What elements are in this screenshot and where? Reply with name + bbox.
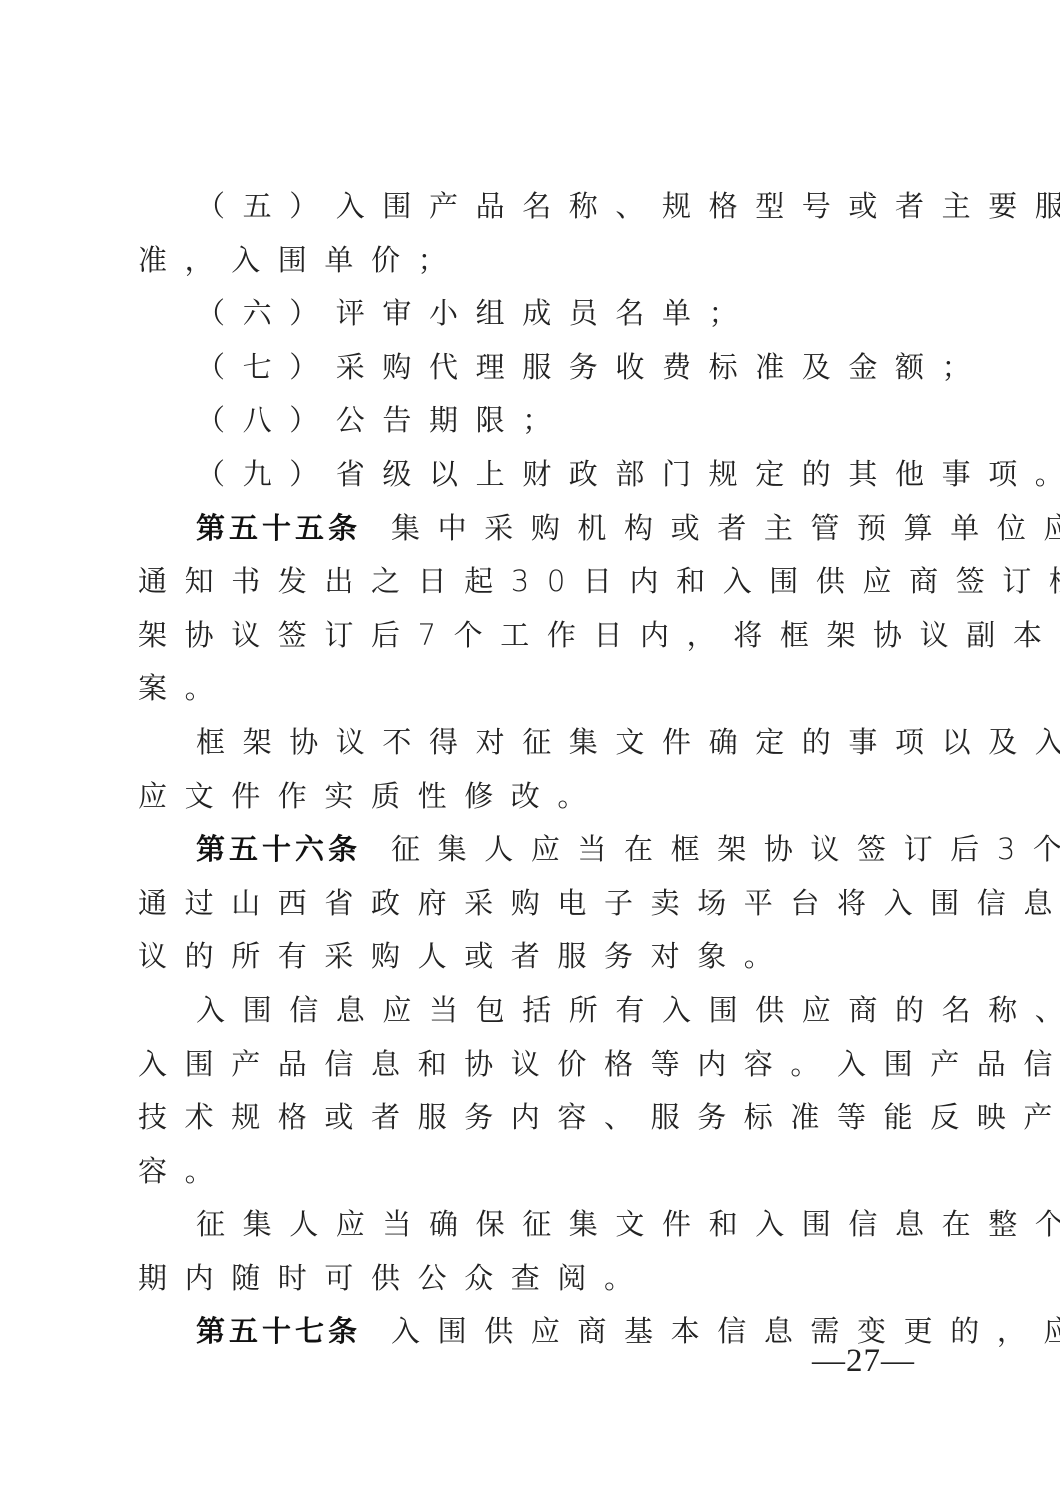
text-line: 议的所有采购人或者服务对象。 <box>138 930 926 984</box>
article-56-line: 第五十六条征集人应当在框架协议签订后3个工作日内 <box>138 823 926 877</box>
article-57-line: 第五十七条入围供应商基本信息需变更的，应当及时提出 <box>138 1305 926 1359</box>
article-heading: 第五十五条 <box>196 511 361 545</box>
text-line: （八）公告期限； <box>138 394 926 448</box>
page-number: —27— <box>812 1343 915 1380</box>
line-text: 通过山西省政府采购电子卖场平台将入围信息告知适用框架协 <box>138 886 1060 920</box>
article-55-line: 第五十五条集中采购机构或者主管预算单位应当在入围 <box>138 502 926 556</box>
document-page: （五）入围产品名称、规格型号或者主要服务内容及服务标 准，入围单价； （六）评审… <box>138 180 926 1359</box>
line-text: （六）评审小组成员名单； <box>196 296 755 330</box>
line-text: 集中采购机构或者主管预算单位应当在入围 <box>391 511 1060 545</box>
line-text: 容。 <box>138 1154 231 1188</box>
line-text: 通知书发出之日起30日内和入围供应商签订框架协议，并在框 <box>138 564 1060 598</box>
article-heading: 第五十六条 <box>196 832 361 866</box>
text-line: 架协议签订后7个工作日内，将框架协议副本报本级财政部门备 <box>138 609 926 663</box>
line-text: 架协议签订后7个工作日内，将框架协议副本报本级财政部门备 <box>138 618 1060 652</box>
text-line: （九）省级以上财政部门规定的其他事项。 <box>138 448 926 502</box>
line-text: （五）入围产品名称、规格型号或者主要服务内容及服务标 <box>196 189 1060 223</box>
line-text: 技术规格或者服务内容、服务标准等能反映产品质量特点的内 <box>138 1100 1060 1134</box>
line-text: （九）省级以上财政部门规定的其他事项。 <box>196 457 1060 491</box>
line-text: 案。 <box>138 671 231 705</box>
line-text: 议的所有采购人或者服务对象。 <box>138 939 790 973</box>
text-line: 通过山西省政府采购电子卖场平台将入围信息告知适用框架协 <box>138 877 926 931</box>
text-line: 案。 <box>138 662 926 716</box>
line-text: （七）采购代理服务收费标准及金额； <box>196 350 988 384</box>
text-line: 征集人应当确保征集文件和入围信息在整个框架协议有效 <box>138 1198 926 1252</box>
line-text: 入围产品信息和协议价格等内容。入围产品信息应当详细列明 <box>138 1047 1060 1081</box>
text-line: 入围信息应当包括所有入围供应商的名称、地址、联系方式、 <box>138 984 926 1038</box>
line-text: 入围供应商基本信息需变更的，应当及时提出 <box>391 1314 1060 1348</box>
text-line: 入围产品信息和协议价格等内容。入围产品信息应当详细列明 <box>138 1038 926 1092</box>
text-line: （五）入围产品名称、规格型号或者主要服务内容及服务标 <box>138 180 926 234</box>
line-text: 入围信息应当包括所有入围供应商的名称、地址、联系方式、 <box>196 993 1060 1027</box>
text-line: （七）采购代理服务收费标准及金额； <box>138 341 926 395</box>
text-line: 期内随时可供公众查阅。 <box>138 1252 926 1306</box>
text-line: 容。 <box>138 1145 926 1199</box>
article-heading: 第五十七条 <box>196 1314 361 1348</box>
text-line: 框架协议不得对征集文件确定的事项以及入围供应商的响 <box>138 716 926 770</box>
text-line: （六）评审小组成员名单； <box>138 287 926 341</box>
line-text: 征集人应当确保征集文件和入围信息在整个框架协议有效 <box>196 1207 1060 1241</box>
line-text: 应文件作实质性修改。 <box>138 779 604 813</box>
text-line: 应文件作实质性修改。 <box>138 770 926 824</box>
line-text: （八）公告期限； <box>196 403 569 437</box>
text-line: 技术规格或者服务内容、服务标准等能反映产品质量特点的内 <box>138 1091 926 1145</box>
line-text: 期内随时可供公众查阅。 <box>138 1261 651 1295</box>
line-text: 框架协议不得对征集文件确定的事项以及入围供应商的响 <box>196 725 1060 759</box>
line-text: 征集人应当在框架协议签订后3个工作日内 <box>391 832 1060 866</box>
text-line: 准，入围单价； <box>138 234 926 288</box>
text-line: 通知书发出之日起30日内和入围供应商签订框架协议，并在框 <box>138 555 926 609</box>
line-text: 准，入围单价； <box>138 243 464 277</box>
